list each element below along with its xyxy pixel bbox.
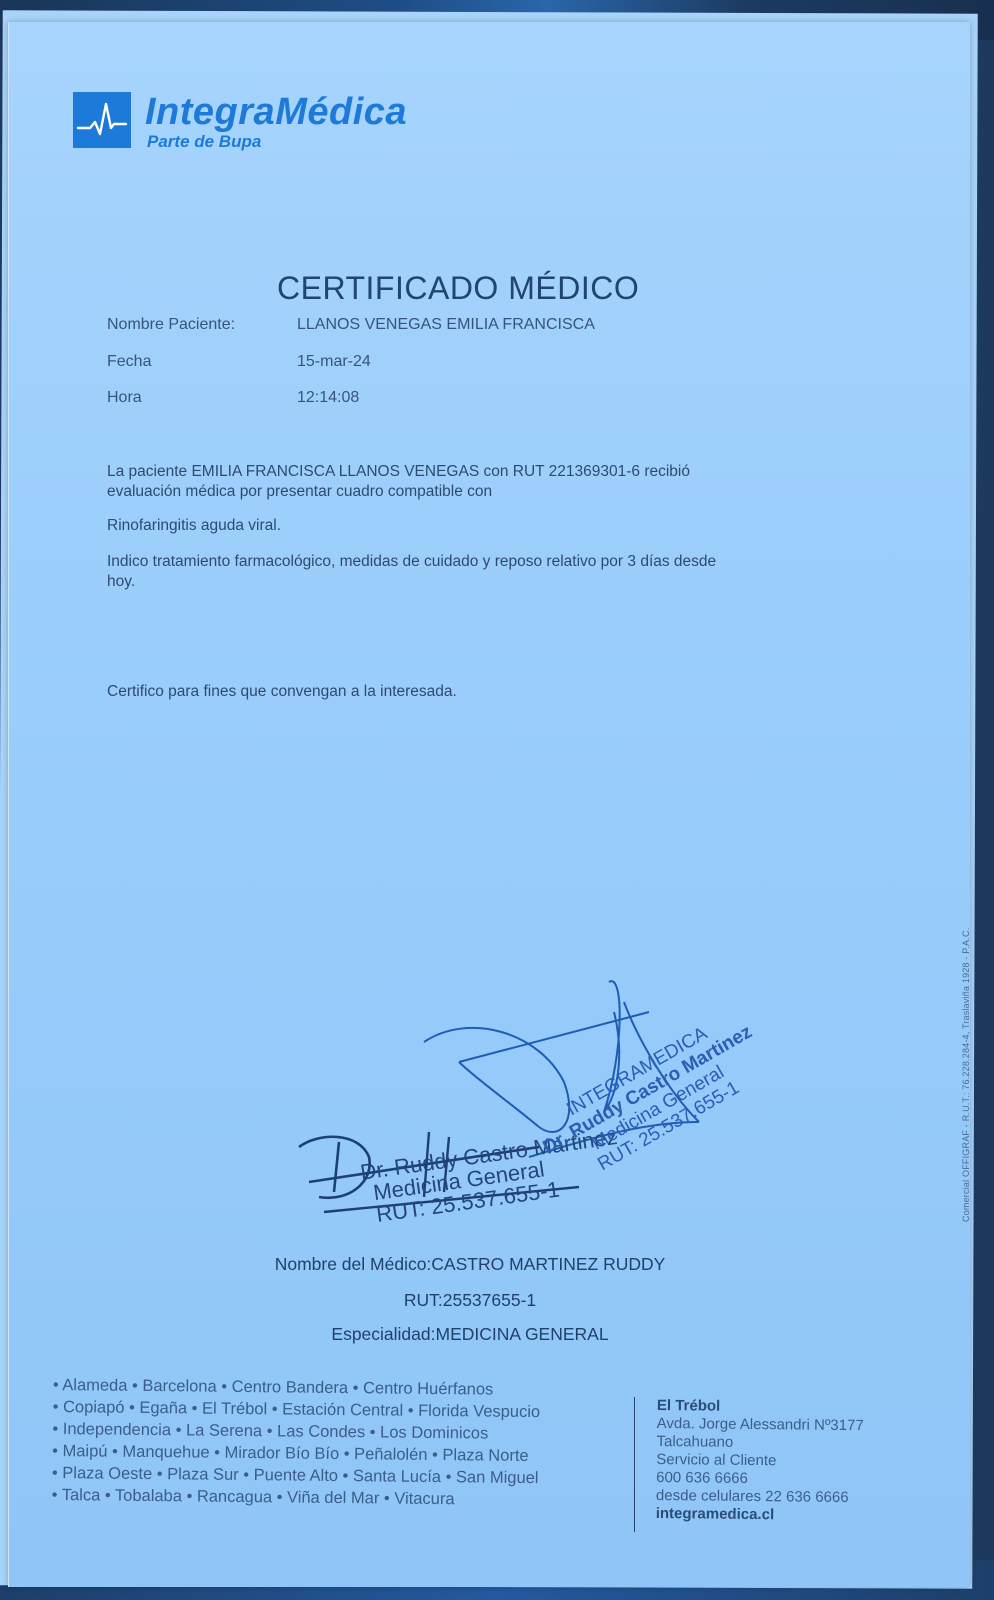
doctor-name: Nombre del Médico:CASTRO MARTINEZ RUDDY [0, 1254, 951, 1275]
document-title: CERTIFICADO MÉDICO [277, 270, 639, 307]
treatment-line-1: Indico tratamiento farmacológico, medida… [107, 552, 716, 572]
printer-note: Comercial OFFIGRAF - R.U.T.: 76.228.284-… [961, 928, 971, 1222]
time-value: 12:14:08 [297, 389, 359, 407]
doctor-specialty: Especialidad:MEDICINA GENERAL [0, 1324, 951, 1345]
contact-block: El Trébol Avda. Jorge Alessandri Nº3177 … [656, 1397, 864, 1525]
contact-phone: 600 636 6666 [656, 1469, 863, 1489]
brand-name: IntegraMédica [145, 92, 407, 132]
evaluation-line-1: La paciente EMILIA FRANCISCA LLANOS VENE… [107, 462, 690, 482]
doctor-rut: RUT:25537655-1 [0, 1290, 951, 1311]
treatment-paragraph: Indico tratamiento farmacológico, medida… [107, 552, 716, 592]
footer-divider [634, 1397, 635, 1532]
contact-mobile: desde celulares 22 636 6666 [656, 1487, 863, 1507]
time-row: Hora12:14:08 [107, 389, 359, 407]
patient-name-row: Nombre Paciente:LLANOS VENEGAS EMILIA FR… [107, 316, 595, 334]
date-label: Fecha [107, 353, 297, 371]
contact-branch-name: El Trébol [657, 1397, 864, 1417]
certificate-page: IntegraMédica Parte de Bupa CERTIFICADO … [8, 22, 970, 1587]
signature-area: Dr. Ruddy Castro Martinez Medicina Gener… [279, 972, 779, 1262]
contact-website: integramedica.cl [656, 1505, 863, 1525]
time-label: Hora [107, 389, 297, 407]
contact-service-label: Servicio al Cliente [656, 1451, 863, 1471]
contact-address: Avda. Jorge Alessandri Nº3177 [657, 1415, 864, 1435]
evaluation-line-2: evaluación médica por presentar cuadro c… [107, 482, 690, 502]
evaluation-paragraph: La paciente EMILIA FRANCISCA LLANOS VENE… [107, 462, 690, 502]
contact-city: Talcahuano [656, 1433, 863, 1453]
closing-statement: Certifico para fines que convengan a la … [107, 682, 457, 702]
heartbeat-icon [73, 92, 131, 148]
brand-subtitle: Parte de Bupa [147, 132, 407, 152]
branch-list: Alameda • Barcelona • Centro Bandera • C… [52, 1374, 623, 1512]
patient-name-value: LLANOS VENEGAS EMILIA FRANCISCA [297, 316, 595, 334]
integramedica-logo: IntegraMédica Parte de Bupa [73, 92, 407, 152]
date-value: 15-mar-24 [297, 353, 371, 371]
diagnosis: Rinofaringitis aguda viral. [107, 516, 281, 536]
patient-name-label: Nombre Paciente: [107, 316, 297, 334]
date-row: Fecha15-mar-24 [107, 353, 371, 371]
treatment-line-2: hoy. [107, 572, 716, 592]
